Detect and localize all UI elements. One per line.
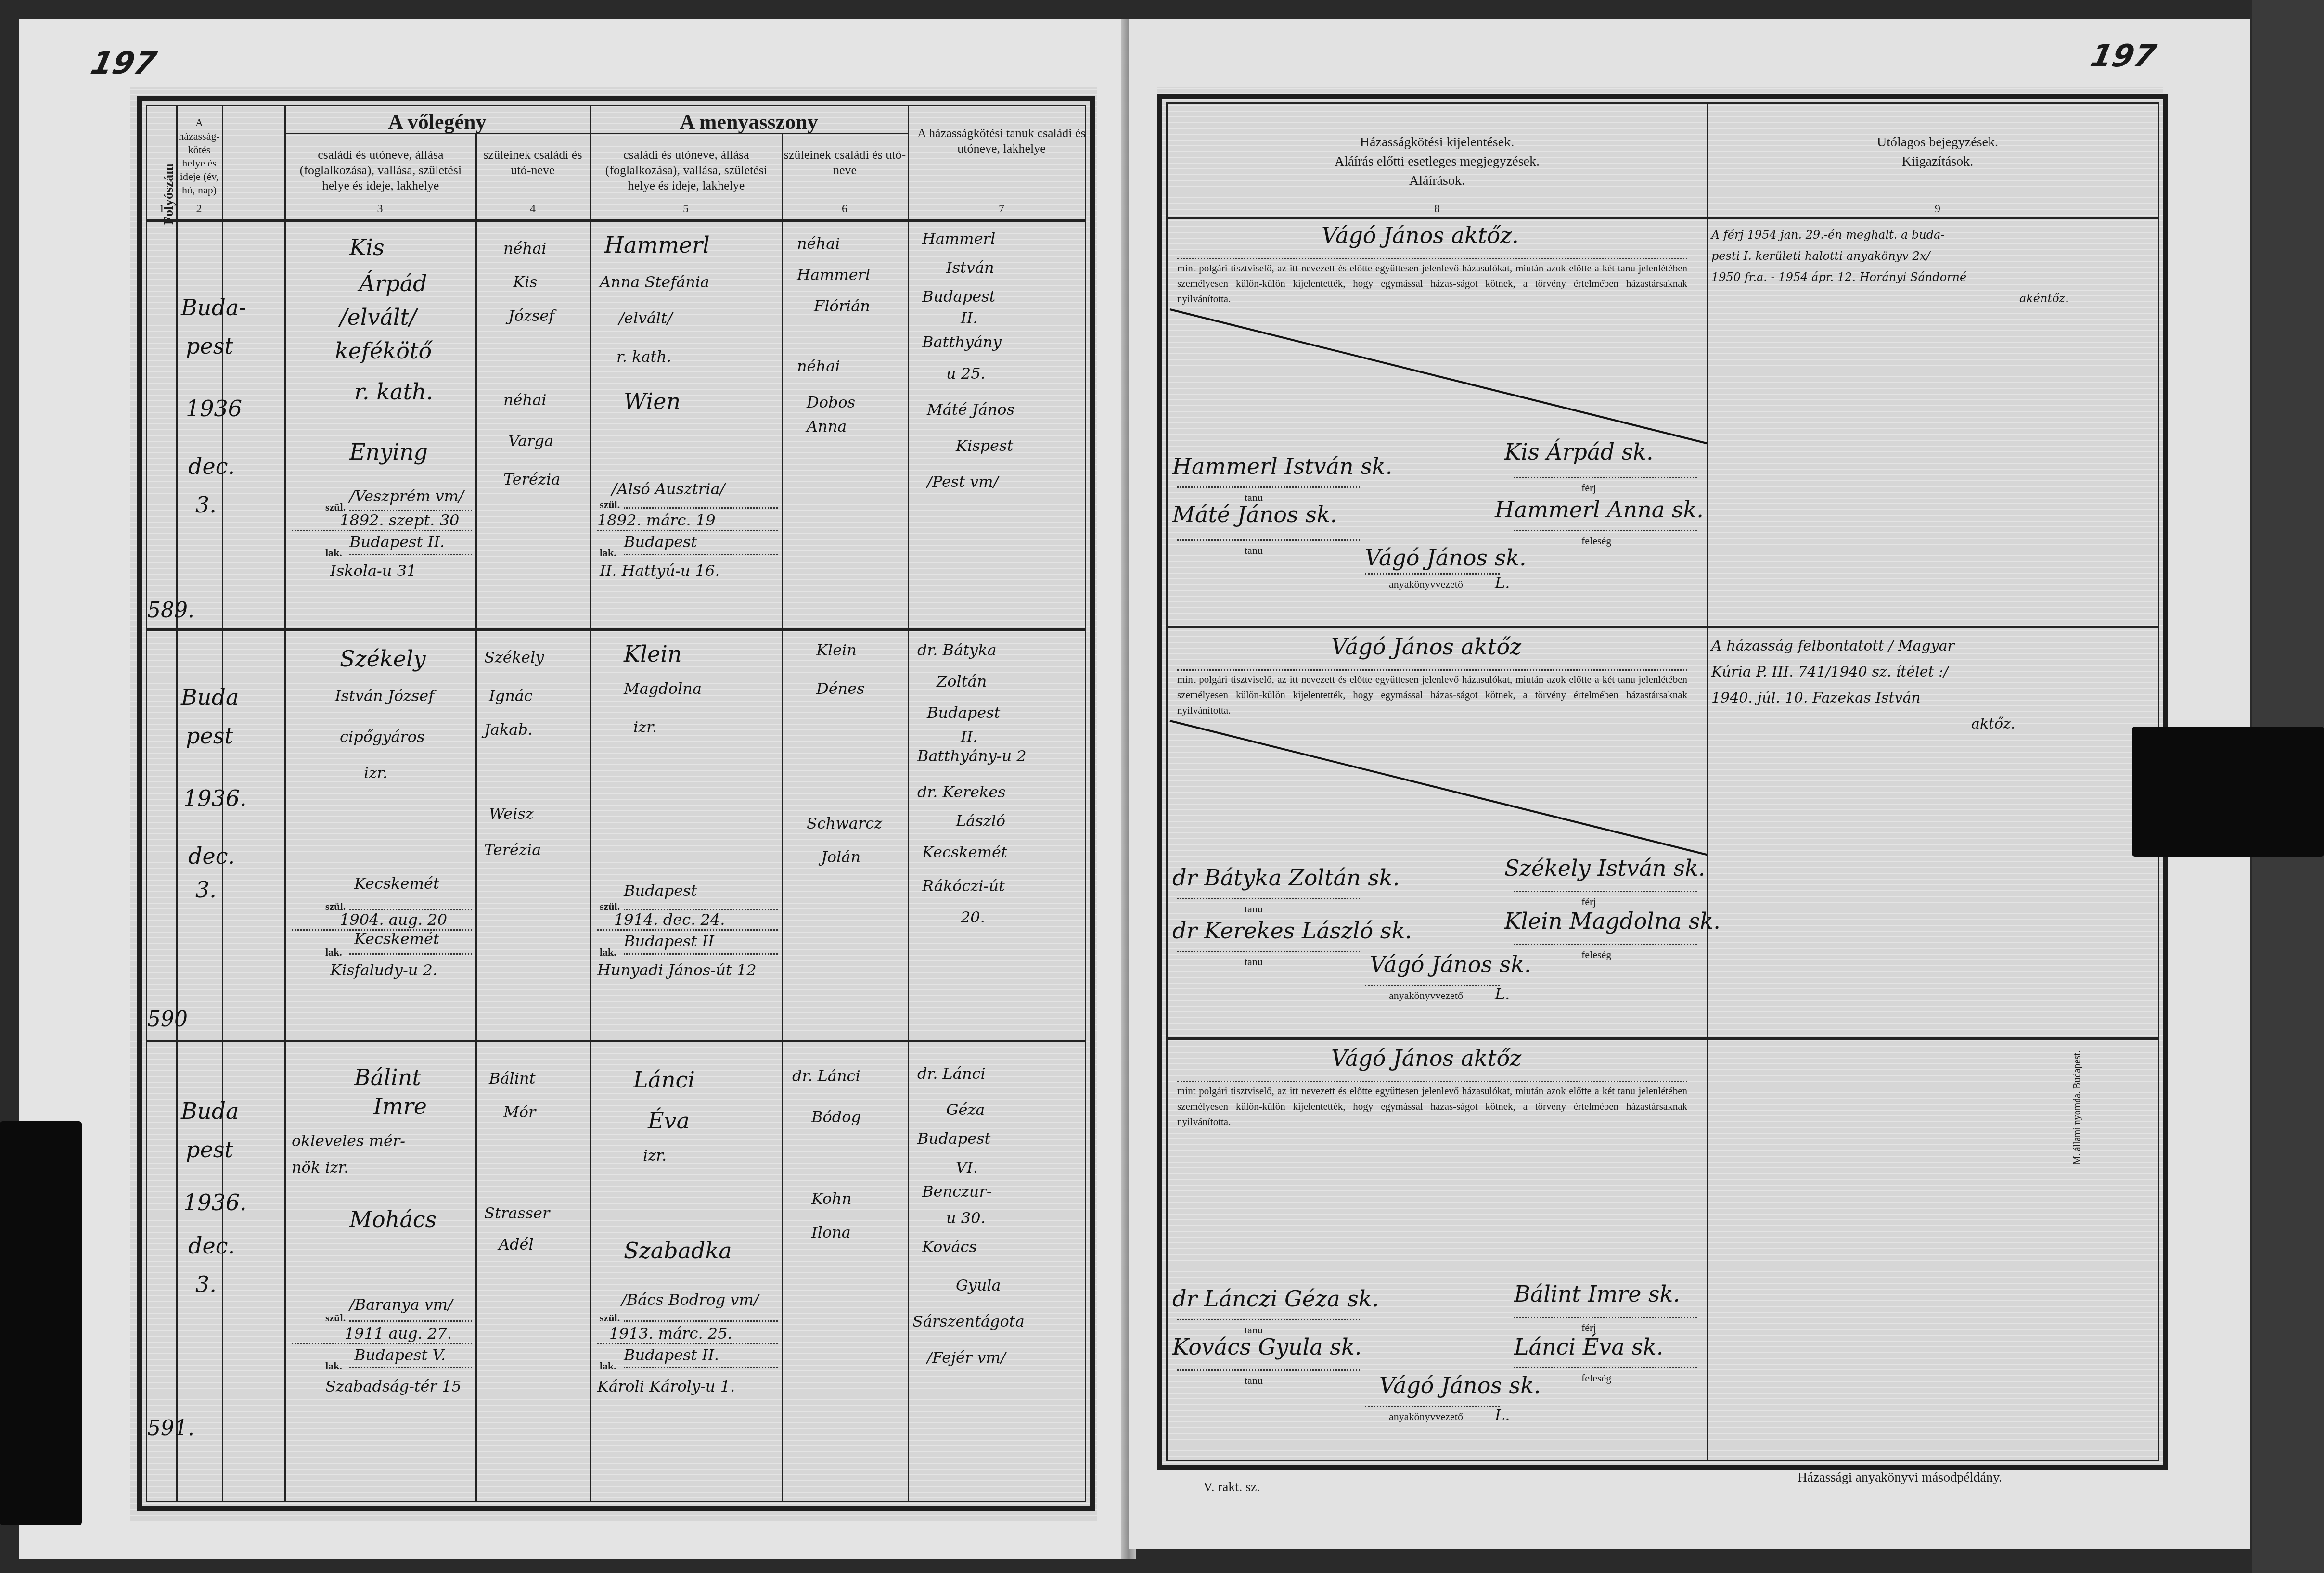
bride-religion: izr. xyxy=(633,717,657,737)
dotted-line xyxy=(1365,1406,1500,1407)
bride-surname: Klein xyxy=(624,640,682,667)
groom-father-surname: Bálint xyxy=(489,1069,536,1088)
note-line: pesti I. kerületi halotti anyakönyv 2x/ xyxy=(1711,245,2164,267)
place-date: Buda xyxy=(181,1098,239,1125)
left-register-page: 197 Folyószám A házasság-kötés helye és … xyxy=(19,19,1126,1559)
place-date: dec. xyxy=(188,843,235,870)
bride-birth-date: 1914. dec. 24. xyxy=(614,910,725,929)
groom-parent-text: néhai xyxy=(503,390,546,409)
registrar-mark: L. xyxy=(1495,573,1510,592)
strike-line xyxy=(1170,308,1708,444)
bride-birth-county: /Bács Bodrog vm/ xyxy=(621,1290,759,1309)
witness-text: Máté János xyxy=(927,400,1014,419)
bride-father-surname: Klein xyxy=(816,640,857,660)
declaration-block-590: Vágó János aktőz mint polgári tisztvisel… xyxy=(1168,628,1707,1037)
groom-father-surname: Székely xyxy=(484,648,544,667)
wife-signature: Klein Magdolna sk. xyxy=(1504,908,1721,934)
witness-text: Hammerl xyxy=(922,229,995,248)
dotted-line xyxy=(1177,539,1360,541)
dotted-line xyxy=(292,530,472,531)
place-date: Buda- xyxy=(181,294,246,321)
residence-label: lak. xyxy=(325,547,342,559)
witness-label: tanu xyxy=(1245,544,1263,557)
groom-mother-given: Terézia xyxy=(503,470,560,489)
witness-text: u 25. xyxy=(946,364,986,383)
place-date: Buda xyxy=(181,684,239,711)
page-tab-marker[interactable] xyxy=(2132,727,2324,857)
witness-text: /Fejér vm/ xyxy=(927,1348,1006,1367)
dotted-line xyxy=(1177,1369,1360,1371)
witness-text: Batthyány xyxy=(922,333,1002,352)
page-number-left: 197 xyxy=(88,46,159,81)
dotted-line xyxy=(1514,1317,1697,1318)
dotted-line xyxy=(1177,669,1687,671)
bride-residence: Budapest xyxy=(624,532,697,551)
dotted-line xyxy=(1177,898,1360,899)
witness-label: tanu xyxy=(1245,1374,1263,1387)
witness-text: Géza xyxy=(946,1100,985,1119)
witness-text: /Pest vm/ xyxy=(927,472,998,491)
dotted-line xyxy=(624,554,778,555)
witness-text: u 30. xyxy=(946,1208,986,1228)
witness-text: dr. Kerekes xyxy=(917,782,1006,802)
dotted-line xyxy=(624,507,778,509)
husband-signature: Bálint Imre sk. xyxy=(1514,1280,1680,1307)
header-line: Kiigazítások. xyxy=(1707,152,2169,171)
groom-religion: r. kath. xyxy=(354,378,433,405)
header-groom-parents: szüleinek családi és utó-neve xyxy=(477,147,589,178)
residence-label: lak. xyxy=(325,1360,342,1372)
bride-birth-region: /Alsó Ausztria/ xyxy=(612,479,725,499)
bride-parent-text: néhai xyxy=(797,357,840,376)
bride-father-given: Flórián xyxy=(814,296,870,316)
witness-text: Rákóczi-út xyxy=(922,876,1005,895)
registrar-label: anyakönyvvezető xyxy=(1389,578,1463,590)
dotted-line xyxy=(1177,486,1360,488)
witness2-signature: Kovács Gyula sk. xyxy=(1172,1333,1361,1360)
bride-mother-given: Anna xyxy=(807,417,847,436)
header-line: Házasságkötési kijelentések. xyxy=(1168,133,1707,152)
header-later-entries: Utólagos bejegyzések. Kiigazítások. xyxy=(1707,133,2169,171)
col-divider xyxy=(590,106,591,1501)
bride-mother-surname: Kohn xyxy=(811,1189,852,1208)
witness1-signature: dr Bátyka Zoltán sk. xyxy=(1172,864,1400,891)
dotted-line xyxy=(624,953,778,955)
dotted-line xyxy=(597,1343,778,1344)
bride-birthplace: Budapest xyxy=(624,881,697,900)
groom-status: /elvált/ xyxy=(340,304,417,331)
declaration-block-589: Vágó János aktőz. mint polgári tisztvise… xyxy=(1168,217,1707,626)
signature-table-frame: Házasságkötési kijelentések. Aláírás elő… xyxy=(1157,94,2168,1470)
witness-text: László xyxy=(956,811,1005,831)
entry-number: 591. xyxy=(147,1415,194,1442)
witness-text: Kispest xyxy=(956,436,1013,455)
bride-religion: izr. xyxy=(643,1146,667,1165)
entry-number: 589. xyxy=(147,597,194,624)
header-rule xyxy=(147,219,1085,222)
witness1-signature: Hammerl István sk. xyxy=(1172,453,1392,480)
header-line: Aláírás előtti esetleges megjegyzések. xyxy=(1168,152,1707,171)
declaration-statement: mint polgári tisztviselő, az itt nevezet… xyxy=(1177,672,1687,718)
bride-father-surname: Hammerl xyxy=(797,265,870,284)
header-groom-details: családi és utóneve, állása (foglalkozása… xyxy=(287,147,475,193)
place-date: pest xyxy=(186,333,233,359)
header-bride-details: családi és utóneve, állása (foglalkozása… xyxy=(592,147,780,193)
row-rule xyxy=(147,1040,1085,1042)
groom-mother-surname: Strasser xyxy=(484,1203,550,1223)
col-divider xyxy=(475,133,477,1501)
bride-father-given: Dénes xyxy=(816,679,865,698)
header-declarations: Házasságkötési kijelentések. Aláírás elő… xyxy=(1168,133,1707,191)
witness-text: István xyxy=(946,258,994,277)
groom-surname: Székely xyxy=(340,645,426,672)
groom-mother-surname: Varga xyxy=(508,431,553,450)
register-table-frame: Folyószám A házasság-kötés helye és idej… xyxy=(137,96,1095,1511)
dotted-line xyxy=(624,1367,778,1368)
col-divider xyxy=(908,106,909,1501)
col-divider xyxy=(782,133,783,1501)
official-signature: Vágó János aktőz xyxy=(1331,633,1521,660)
groom-mother-given: Terézia xyxy=(484,840,541,859)
residence-label: lak. xyxy=(325,946,342,959)
col-divider xyxy=(176,106,178,1501)
witness2-signature: Máté János sk. xyxy=(1172,501,1337,528)
footer-stock-number: V. rakt. sz. xyxy=(1203,1480,1260,1495)
bride-mother-surname: Schwarcz xyxy=(807,814,882,833)
column-number: 1 xyxy=(147,203,176,216)
signature-table: Házasságkötési kijelentések. Aláírás elő… xyxy=(1166,102,2159,1461)
page-number-right: 197 xyxy=(2087,38,2159,74)
strike-line xyxy=(1170,720,1708,856)
bride-birthplace: Szabadka xyxy=(624,1237,732,1264)
groom-father-given: Ignác xyxy=(489,686,533,705)
groom-birthplace: Mohács xyxy=(349,1206,437,1233)
registrar-label: anyakönyvvezető xyxy=(1389,989,1463,1002)
dotted-line xyxy=(349,953,472,955)
dotted-line xyxy=(1514,891,1697,892)
note-line: Kúria P. III. 741/1940 sz. ítélet :/ xyxy=(1711,659,2164,685)
groom-birth-date: 1892. szept. 30 xyxy=(340,511,459,530)
witness-text: II. xyxy=(961,308,977,328)
groom-birth-date: 1911 aug. 27. xyxy=(345,1324,452,1343)
bride-surname: Hammerl xyxy=(604,231,710,258)
groom-mother-surname: Weisz xyxy=(489,804,534,823)
bride-residence: Budapest II. xyxy=(624,1345,719,1365)
groom-street: Iskola-u 31 xyxy=(330,561,416,580)
residence-label: lak. xyxy=(600,946,616,959)
witness-text: Kecskemét xyxy=(922,843,1007,862)
born-label: szül. xyxy=(325,1312,346,1324)
bride-street: Károli Károly-u 1. xyxy=(597,1377,735,1396)
bride-given-name: Magdolna xyxy=(624,679,702,698)
registrar-signature: Vágó János sk. xyxy=(1365,544,1527,571)
born-label: szül. xyxy=(600,499,620,511)
groom-birth-date: 1904. aug. 20 xyxy=(340,910,447,929)
witness1-signature: dr Lánczi Géza sk. xyxy=(1172,1285,1379,1312)
column-number: 4 xyxy=(475,203,590,216)
witness-text: VI. xyxy=(956,1158,978,1177)
husband-label: férj xyxy=(1581,482,1596,494)
witness-text: dr. Lánci xyxy=(917,1064,986,1083)
bride-street: II. Hattyú-u 16. xyxy=(600,561,720,580)
bride-religion: r. kath. xyxy=(616,347,671,366)
husband-label: férj xyxy=(1581,895,1596,908)
born-label: szül. xyxy=(600,1312,620,1324)
note-line: 1940. júl. 10. Fazekas István xyxy=(1711,685,2164,711)
dotted-line xyxy=(1177,1319,1360,1320)
bride-mother-surname: Dobos xyxy=(807,393,855,412)
dotted-line xyxy=(349,1367,472,1368)
registrar-signature: Vágó János sk. xyxy=(1379,1372,1541,1399)
header-line: Utólagos bejegyzések. xyxy=(1707,133,2169,152)
groom-residence: Budapest II. xyxy=(349,532,445,551)
groom-parent-text: néhai xyxy=(503,239,546,258)
entry-number: 590 xyxy=(147,1006,188,1033)
dotted-line xyxy=(1177,258,1687,259)
bride-status: /elvált/ xyxy=(619,308,672,328)
groom-given-name: Imre xyxy=(373,1093,427,1120)
groom-birth-county: /Veszprém vm/ xyxy=(349,486,464,506)
groom-father-given: József xyxy=(508,306,554,325)
declaration-block-591: Vágó János aktőz mint polgári tisztvisel… xyxy=(1168,1040,1707,1449)
place-date: 3. xyxy=(195,876,217,903)
residence-label: lak. xyxy=(600,1360,616,1372)
witness-text: dr. Bátyka xyxy=(917,640,997,660)
row-rule xyxy=(147,628,1085,631)
printer-imprint: M. állami nyomda. Budapest. xyxy=(2072,1050,2083,1164)
witness-text: Budapest xyxy=(917,1129,990,1148)
wife-label: feleség xyxy=(1581,535,1611,547)
dotted-line xyxy=(1514,1367,1697,1368)
husband-label: férj xyxy=(1581,1321,1596,1334)
groom-mother-given: Adél xyxy=(499,1235,534,1254)
bride-birthplace: Wien xyxy=(624,388,681,415)
groom-street: Kisfaludy-u 2. xyxy=(330,960,437,980)
bride-parent-text: néhai xyxy=(797,234,840,253)
header-bride-parents: szüleinek családi és utó-neve xyxy=(783,147,906,178)
groom-surname: Kis xyxy=(349,234,385,261)
groom-religion: izr. xyxy=(364,763,387,782)
witness-text: Batthyány-u 2 xyxy=(917,746,1027,766)
dotted-line xyxy=(1177,951,1360,952)
place-date: dec. xyxy=(188,1232,235,1259)
col-divider xyxy=(1707,104,1708,1460)
dotted-line xyxy=(624,1320,778,1322)
place-date: pest xyxy=(186,722,233,749)
witness2-signature: dr Kerekes László sk. xyxy=(1172,917,1412,944)
witness-text: Benczur- xyxy=(922,1182,992,1201)
groom-occupation-religion: nök izr. xyxy=(292,1158,348,1177)
witness-text: Budapest xyxy=(927,703,1000,722)
groom-birthplace: Kecskemét xyxy=(354,874,439,893)
witness-text: II. xyxy=(961,727,977,746)
dotted-line xyxy=(1514,477,1697,478)
column-number: 2 xyxy=(176,203,222,216)
declaration-statement: mint polgári tisztviselő, az itt nevezet… xyxy=(1177,1083,1687,1129)
note-line: A férj 1954 jan. 29.-én meghalt. a buda- xyxy=(1711,224,2164,245)
bride-street: Hunyadi János-út 12 xyxy=(597,960,757,980)
dotted-line xyxy=(597,929,778,931)
wife-label: feleség xyxy=(1581,1372,1611,1384)
bride-birth-date: 1913. márc. 25. xyxy=(609,1324,732,1343)
column-number: 3 xyxy=(284,203,475,216)
register-table: Folyószám A házasság-kötés helye és idej… xyxy=(146,105,1086,1502)
page-tab-marker[interactable] xyxy=(0,1121,82,1525)
groom-street: Szabadság-tér 15 xyxy=(325,1377,462,1396)
groom-residence: Budapest V. xyxy=(354,1345,446,1365)
official-signature: Vágó János aktőz xyxy=(1331,1045,1521,1072)
place-date: pest xyxy=(186,1136,233,1163)
dotted-line xyxy=(349,1320,472,1322)
bride-father-given: Bódog xyxy=(811,1107,861,1126)
groom-surname: Bálint xyxy=(354,1064,421,1091)
groom-father-given: Mór xyxy=(503,1102,536,1122)
place-date: 3. xyxy=(195,1271,217,1298)
witness-text: Gyula xyxy=(956,1276,1001,1295)
wife-signature: Lánci Éva sk. xyxy=(1514,1333,1663,1360)
dotted-line xyxy=(1365,985,1500,986)
declaration-statement: mint polgári tisztviselő, az itt nevezet… xyxy=(1177,260,1687,307)
groom-birth-county: /Baranya vm/ xyxy=(349,1295,453,1314)
header-groom: A vőlegény xyxy=(284,110,590,134)
col-divider xyxy=(284,106,286,1501)
bride-given-name: Éva xyxy=(648,1107,690,1134)
dotted-line xyxy=(292,1343,472,1344)
groom-occupation: cipőgyáros xyxy=(340,727,425,746)
header-bride: A menyasszony xyxy=(590,110,908,134)
column-number: 6 xyxy=(782,203,908,216)
groom-birthplace: Enying xyxy=(349,438,428,465)
witness-text: Sárszentágota xyxy=(912,1312,1025,1331)
groom-given-name: István József xyxy=(335,686,434,705)
bride-mother-given: Ilona xyxy=(811,1223,851,1242)
dotted-line xyxy=(1514,944,1697,945)
column-number: 9 xyxy=(1707,203,2169,216)
witness-text: Zoltán xyxy=(937,672,987,691)
bride-birth-date: 1892. márc. 19 xyxy=(597,511,715,530)
header-witnesses: A házasságkötési tanuk családi és utónev… xyxy=(910,126,1093,156)
header-line: Aláírások. xyxy=(1168,171,1707,191)
bride-surname: Lánci xyxy=(633,1066,695,1093)
wife-label: feleség xyxy=(1581,948,1611,961)
place-date: 3. xyxy=(195,491,217,518)
husband-signature: Kis Árpád sk. xyxy=(1504,438,1654,465)
witness-label: tanu xyxy=(1245,903,1263,915)
official-signature: Vágó János aktőz. xyxy=(1322,222,1519,249)
registrar-mark: L. xyxy=(1495,985,1510,1004)
residence-label: lak. xyxy=(600,547,616,559)
header-marriage-place-date: A házasság-kötés helye és ideje (év, hó,… xyxy=(177,116,221,197)
wife-signature: Hammerl Anna sk. xyxy=(1495,496,1704,523)
witness-label: tanu xyxy=(1245,956,1263,968)
column-number: 7 xyxy=(908,203,1095,216)
note-line: A házasság felbontatott / Magyar xyxy=(1711,633,2164,659)
place-date: 1936. xyxy=(183,1189,247,1216)
bride-mother-given: Jolán xyxy=(821,847,860,867)
place-date: 1936. xyxy=(183,785,247,812)
dotted-line xyxy=(1365,573,1500,575)
groom-given-name: Árpád xyxy=(359,270,427,297)
column-number: 8 xyxy=(1168,203,1707,216)
dotted-line xyxy=(597,530,778,531)
later-note-590: A házasság felbontatott / Magyar Kúria P… xyxy=(1711,633,2164,737)
groom-father-surname: Kis xyxy=(513,272,538,292)
later-note-589: A férj 1954 jan. 29.-én meghalt. a buda-… xyxy=(1711,224,2164,309)
place-date: dec. xyxy=(188,453,235,480)
groom-occupation: kefékötő xyxy=(335,337,432,364)
dotted-line xyxy=(1177,1081,1687,1082)
right-register-page: 197 Házasságkötési kijelentések. Aláírás… xyxy=(1129,19,2250,1549)
footer-form-title: Házassági anyakönyvi másodpéldány. xyxy=(1798,1470,2002,1485)
place-date: 1936 xyxy=(186,395,242,422)
bride-residence: Budapest II xyxy=(624,932,714,951)
bride-father-surname: dr. Lánci xyxy=(792,1066,860,1086)
groom-residence: Kecskemét xyxy=(354,929,439,948)
groom-occupation: okleveles mér- xyxy=(292,1131,405,1151)
dotted-line xyxy=(1514,530,1697,531)
groom-father-given: Jakab. xyxy=(484,720,533,739)
note-line: 1950 fr.a. - 1954 ápr. 12. Horányi Sándo… xyxy=(1711,267,2164,288)
bride-given-name: Anna Stefánia xyxy=(600,272,709,292)
note-line: akéntőz. xyxy=(2019,288,2164,309)
registrar-signature: Vágó János sk. xyxy=(1370,951,1531,978)
dotted-line xyxy=(349,554,472,555)
witness-text: Budapest xyxy=(922,287,995,306)
witness-text: 20. xyxy=(961,908,985,927)
column-number: 5 xyxy=(590,203,782,216)
husband-signature: Székely István sk. xyxy=(1504,855,1705,882)
registrar-label: anyakönyvvezető xyxy=(1389,1410,1463,1423)
registrar-mark: L. xyxy=(1495,1406,1510,1425)
witness-text: Kovács xyxy=(922,1237,977,1256)
